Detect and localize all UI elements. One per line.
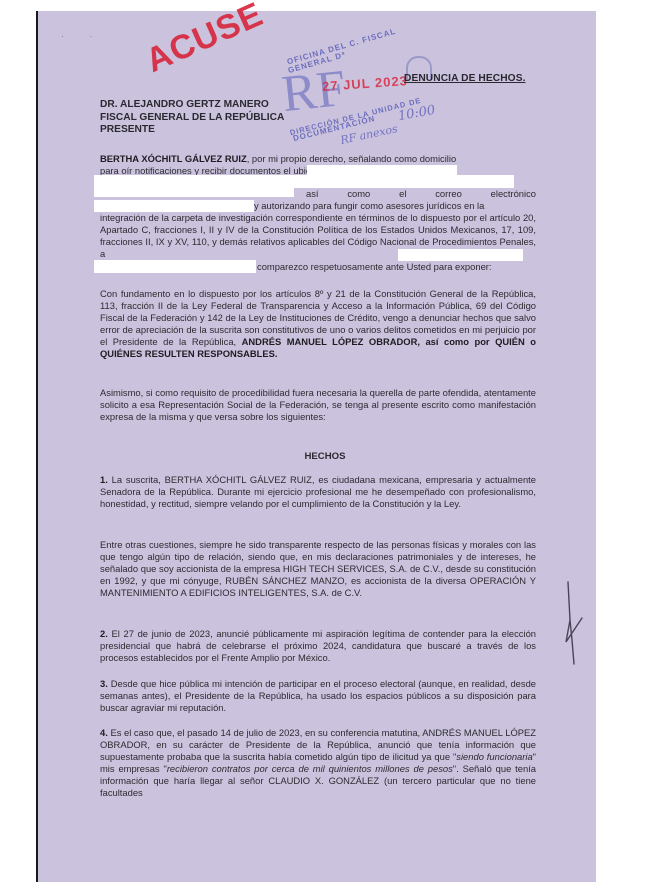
- addressee-name: DR. ALEJANDRO GERTZ MANERO: [100, 99, 284, 112]
- hecho-2: 2. El 27 de junio de 2023, anuncié públi…: [100, 628, 536, 664]
- quote-contratos: recibieron contratos por cerca de mil qu…: [167, 763, 453, 774]
- intro-line3: así como el correo electrónico: [306, 188, 536, 200]
- hecho-number: 2.: [100, 628, 108, 639]
- redacted-address-3: [94, 187, 294, 197]
- intro-closing: comparezco respetuosamente ante Usted pa…: [257, 261, 537, 273]
- complainant-name: BERTHA XÓCHITL GÁLVEZ RUIZ: [100, 153, 247, 164]
- redacted-lawyers-2: [94, 260, 256, 273]
- hecho-number: 3.: [100, 678, 108, 689]
- hecho-3: 3. Desde que hice pública mi intención d…: [100, 678, 536, 714]
- redacted-lawyers-1: [398, 249, 523, 261]
- addressee-block: DR. ALEJANDRO GERTZ MANERO FISCAL GENERA…: [100, 99, 284, 137]
- hecho-1: 1. La suscrita, BERTHA XÓCHITL GÁLVEZ RU…: [100, 474, 536, 510]
- margin-signature-icon: [560, 580, 584, 670]
- addressee-position: FISCAL GENERAL DE LA REPÚBLICA: [100, 112, 284, 125]
- intro-line1: BERTHA XÓCHITL GÁLVEZ RUIZ, por mi propi…: [100, 153, 536, 165]
- hechos-heading: HECHOS: [0, 451, 650, 462]
- quote-siendo-funcionaria: siendo funcionaria: [456, 751, 532, 762]
- intro-line4: y autorizando para fungir como asesores …: [254, 200, 536, 212]
- hecho-number: 4.: [100, 727, 108, 738]
- scan-marks: ··: [61, 32, 118, 41]
- asimismo-paragraph: Asimismo, si como requisito de procedibi…: [100, 387, 536, 423]
- redacted-email: [94, 200, 254, 212]
- document-title: DENUNCIA DE HECHOS.: [404, 73, 526, 84]
- hecho-4: 4. Es el caso que, el pasado 14 de julio…: [100, 727, 536, 799]
- fundamento-paragraph: Con fundamento en lo dispuesto por los a…: [100, 288, 536, 360]
- hecho-number: 1.: [100, 474, 108, 485]
- addressee-greeting: PRESENTE: [100, 124, 284, 137]
- hecho-1-continuation: Entre otras cuestiones, siempre he sido …: [100, 539, 536, 599]
